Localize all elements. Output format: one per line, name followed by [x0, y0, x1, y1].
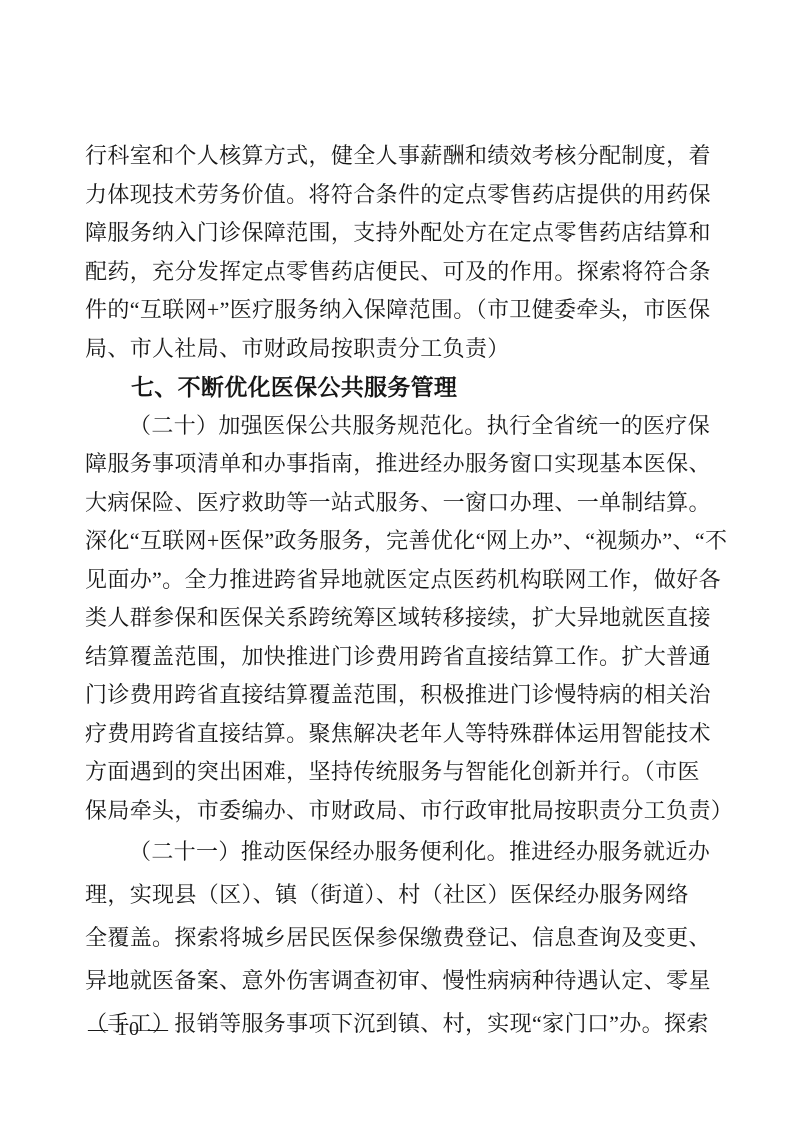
text-line: （二十一）推动医保经办服务便利化。推进经办服务就近办	[85, 830, 717, 873]
text-line: 深化“互联网+医保”政务服务，完善优化“网上办”、“视频办”、“不	[85, 522, 717, 561]
text-line: 疗费用跨省直接结算。聚焦解决老年人等特殊群体运用智能技术	[85, 715, 717, 754]
text-line: （手工）报销等服务事项下沉到镇、村，实现“家门口”办。探索	[85, 1002, 717, 1045]
paragraph-twenty-one: （二十一）推动医保经办服务便利化。推进经办服务就近办 理，实现县（区）、镇（街道…	[85, 830, 717, 1045]
section-heading: 七、不断优化医保公共服务管理	[85, 368, 717, 407]
text-line: 方面遇到的突出困难，坚持传统服务与智能化创新并行。（市医	[85, 753, 717, 792]
text-line: 保局牵头，市委编办、市财政局、市行政审批局按职责分工负责）	[85, 792, 717, 831]
text-line: 理，实现县（区）、镇（街道）、村（社区）医保经办服务网络	[85, 873, 717, 916]
text-line: 配药，充分发挥定点零售药店便民、可及的作用。探索将符合条	[85, 253, 717, 292]
text-line: 类人群参保和医保关系跨统筹区域转移接续，扩大异地就医直接	[85, 599, 717, 638]
paragraph-continuation: 行科室和个人核算方式，健全人事薪酬和绩效考核分配制度，着 力体现技术劳务价值。将…	[85, 137, 717, 368]
text-line: 障服务事项清单和办事指南，推进经办服务窗口实现基本医保、	[85, 445, 717, 484]
document-page: 行科室和个人核算方式，健全人事薪酬和绩效考核分配制度，着 力体现技术劳务价值。将…	[0, 0, 793, 1121]
text-line: 局、市人社局、市财政局按职责分工负责）	[85, 330, 717, 369]
text-line: 行科室和个人核算方式，健全人事薪酬和绩效考核分配制度，着	[85, 137, 717, 176]
text-line: 大病保险、医疗救助等一站式服务、一窗口办理、一单制结算。	[85, 484, 717, 523]
text-line: 全覆盖。探索将城乡居民医保参保缴费登记、信息查询及变更、	[85, 916, 717, 959]
text-line: 障服务纳入门诊保障范围，支持外配处方在定点零售药店结算和	[85, 214, 717, 253]
text-line: 门诊费用跨省直接结算覆盖范围，积极推进门诊慢特病的相关治	[85, 676, 717, 715]
text-line: 件的“互联网+”医疗服务纳入保障范围。（市卫健委牵头，市医保	[85, 291, 717, 330]
paragraph-twenty: （二十）加强医保公共服务规范化。执行全省统一的医疗保 障服务事项清单和办事指南，…	[85, 407, 717, 831]
text-line: 力体现技术劳务价值。将符合条件的定点零售药店提供的用药保	[85, 176, 717, 215]
page-number: — 10 —	[88, 1018, 170, 1041]
document-body: 行科室和个人核算方式，健全人事薪酬和绩效考核分配制度，着 力体现技术劳务价值。将…	[85, 137, 717, 1045]
text-line: 见面办”。全力推进跨省异地就医定点医药机构联网工作，做好各	[85, 561, 717, 600]
text-line: （二十）加强医保公共服务规范化。执行全省统一的医疗保	[85, 407, 717, 446]
text-line: 结算覆盖范围，加快推进门诊费用跨省直接结算工作。扩大普通	[85, 638, 717, 677]
text-line: 异地就医备案、意外伤害调查初审、慢性病病种待遇认定、零星	[85, 959, 717, 1002]
